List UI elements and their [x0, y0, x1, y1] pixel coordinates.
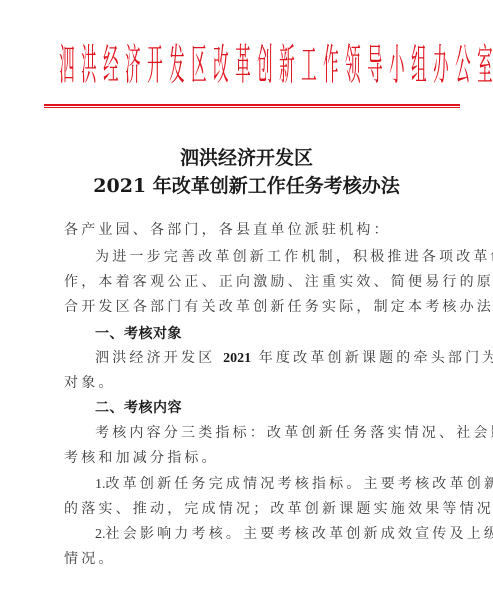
letterhead-char: 领	[345, 25, 359, 107]
letterhead-char: 室	[477, 25, 491, 107]
letterhead-char: 办	[433, 25, 447, 107]
list-item-line: 的落实、推动，完成情况；改革创新课题实施效果等情况。	[64, 500, 448, 518]
letterhead-divider-thick	[44, 104, 460, 106]
document-page: 泗 洪 经 济 开 发 区 改 革 创 新 工 作 领 导 小 组 办 公 室 …	[0, 0, 493, 604]
section-heading: 一、考核对象	[95, 325, 182, 343]
letterhead-char: 泗	[59, 25, 73, 107]
list-item-number: 2.	[95, 527, 106, 542]
letterhead-org-name: 泗 洪 经 济 开 发 区 改 革 创 新 工 作 领 导 小 组 办 公 室	[55, 42, 455, 90]
letterhead-char: 经	[103, 25, 117, 107]
letterhead-char: 新	[279, 25, 293, 107]
paragraph-text: 年度改革创新课题的牵头部门为考核	[251, 350, 493, 366]
list-item-number: 1.	[95, 477, 106, 492]
list-item-line: 1.改革创新任务完成情况考核指标。主要考核改革创新任务	[95, 475, 479, 494]
letterhead-char: 革	[235, 25, 249, 107]
section-paragraph-line: 对象。	[64, 374, 448, 392]
list-item-line: 2.社会影响力考核。主要考核改革创新成效宣传及上级肯定	[95, 525, 479, 544]
letterhead-char: 创	[257, 25, 271, 107]
section-paragraph-line: 泗洪经济开发区 2021 年度改革创新课题的牵头部门为考核	[95, 349, 479, 368]
letterhead-char: 组	[411, 25, 425, 107]
year-number: 2021	[223, 351, 251, 366]
intro-paragraph-line: 作，本着客观公正、正向激励、注重实效、简便易行的原则，结	[64, 273, 448, 291]
letterhead-divider-thin	[44, 107, 460, 108]
list-item-text: 社会影响力考核。主要考核改革创新成效宣传及上级肯定	[106, 526, 493, 542]
letterhead-char: 导	[367, 25, 381, 107]
paragraph-text: 泗洪经济开发区	[95, 350, 223, 366]
letterhead-char: 区	[191, 25, 205, 107]
intro-paragraph-line: 为进一步完善改革创新工作机制，积极推进各项改革创新工	[95, 248, 479, 266]
letterhead-char: 工	[301, 25, 315, 107]
section-heading: 二、考核内容	[95, 399, 182, 417]
section-paragraph-line: 考核内容分三类指标：改革创新任务落实情况、社会影响力	[95, 424, 479, 442]
document-title-line1: 泗洪经济开发区	[0, 146, 493, 170]
letterhead-char: 开	[147, 25, 161, 107]
letterhead-char: 洪	[81, 25, 95, 107]
section-paragraph-line: 考核和加减分指标。	[64, 449, 448, 467]
intro-paragraph-line: 合开发区各部门有关改革创新任务实际，制定本考核办法。	[64, 298, 448, 316]
salutation: 各产业园、各部门，各县直单位派驻机构：	[64, 221, 448, 239]
letterhead-char: 济	[125, 25, 139, 107]
letterhead-char: 小	[389, 25, 403, 107]
letterhead-char: 公	[455, 25, 469, 107]
letterhead-char: 作	[323, 25, 337, 107]
list-item-line: 情况。	[64, 550, 448, 568]
list-item-text: 改革创新任务完成情况考核指标。主要考核改革创新任务	[106, 476, 493, 492]
document-title-line2: 2021 年改革创新工作任务考核办法	[0, 173, 493, 199]
letterhead-char: 改	[213, 25, 227, 107]
letterhead-char: 发	[169, 25, 183, 107]
